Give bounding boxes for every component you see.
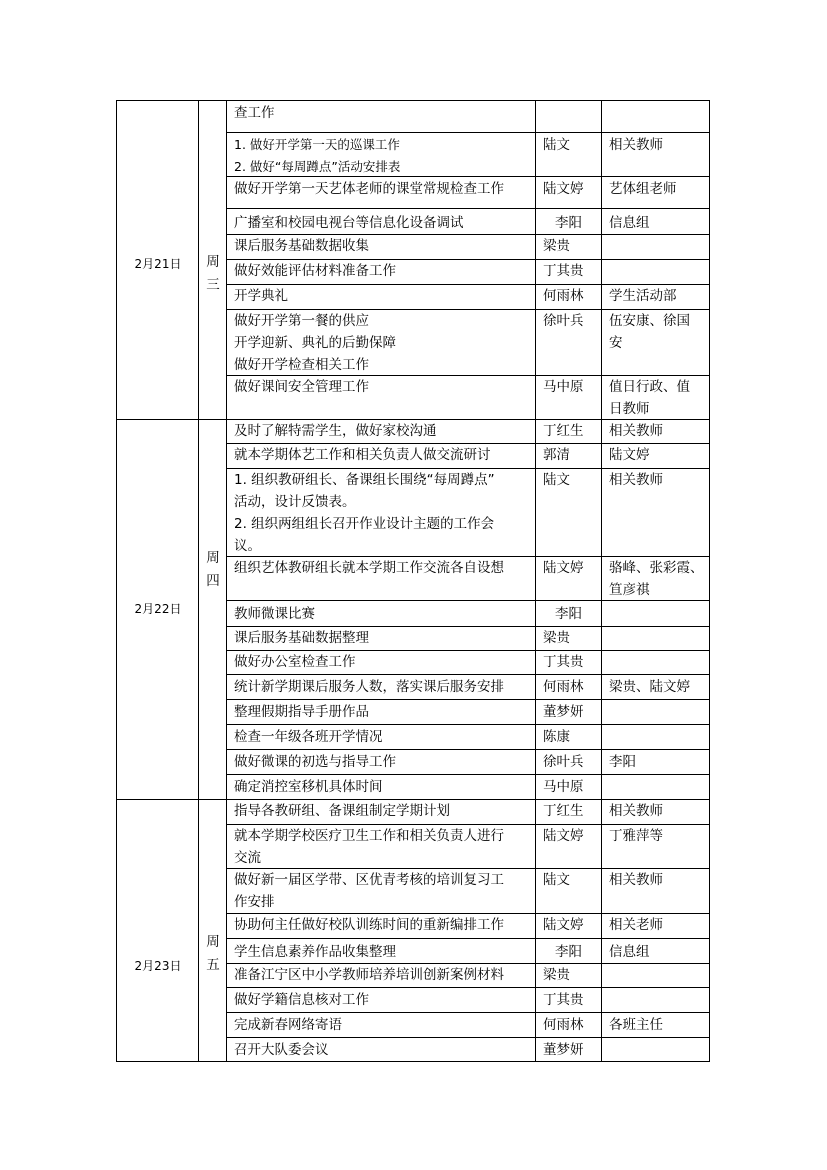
owner-cell: 马中原 — [536, 375, 601, 398]
task-cell: 组织艺体教研组长就本学期工作交流各自设想 — [227, 556, 535, 579]
participants-cell: 相关教师 — [602, 468, 710, 491]
task-cell: 就本学期体艺工作和相关负责人做交流研讨 — [227, 443, 535, 466]
task-cell: 教师微课比赛 — [227, 602, 535, 625]
owner-cell: 何雨林 — [536, 675, 601, 698]
task-cell: 1. 组织教研组长、备课组长围绕“每周蹲点” 活动，设计反馈表。 2. 组织两组… — [227, 468, 535, 557]
owner-cell: 陆文婷 — [536, 824, 601, 847]
owner-cell: 陆文婷 — [536, 177, 601, 200]
participants-cell: 艺体组老师 — [602, 177, 710, 200]
task-cell: 学生信息素养作品收集整理 — [227, 940, 535, 963]
task-cell: 做好学籍信息核对工作 — [227, 988, 535, 1011]
owner-cell: 李阳 — [536, 940, 601, 963]
participants-cell: 李阳 — [602, 750, 710, 773]
task-cell: 协助何主任做好校队训练时间的重新编排工作 — [227, 913, 535, 936]
task-cell: 召开大队委会议 — [227, 1038, 535, 1061]
owner-cell: 陆文婷 — [536, 913, 601, 936]
task-cell: 查工作 — [227, 101, 535, 124]
participants-cell: 伍安康、徐国 安 — [602, 309, 710, 354]
task-cell: 做好效能评估材料准备工作 — [227, 259, 535, 282]
participants-cell: 相关教师 — [602, 133, 710, 156]
task-cell: 做好新一届区学带、区优青考核的培训复习工 作安排 — [227, 868, 535, 913]
task-cell: 及时了解特需学生，做好家校沟通 — [227, 419, 535, 442]
owner-cell: 李阳 — [536, 602, 601, 625]
participants-cell: 相关教师 — [602, 799, 710, 822]
owner-cell: 陆文 — [536, 868, 601, 891]
owner-cell: 梁贵 — [536, 963, 601, 986]
owner-cell: 丁其贵 — [536, 259, 601, 282]
participants-cell: 信息组 — [602, 940, 710, 963]
task-cell: 做好课间安全管理工作 — [227, 375, 535, 398]
task-cell: 统计新学期课后服务人数，落实课后服务安排 — [227, 675, 535, 698]
task-cell: 1. 做好开学第一天的巡课工作 2. 做好“每周蹲点”活动安排表 — [227, 133, 535, 178]
task-cell: 检查一年级各班开学情况 — [227, 725, 535, 748]
owner-cell: 陆文婷 — [536, 556, 601, 579]
task-cell: 完成新春网络寄语 — [227, 1013, 535, 1036]
owner-cell: 董梦妍 — [536, 700, 601, 723]
participants-cell: 信息组 — [602, 211, 710, 234]
participants-cell: 各班主任 — [602, 1013, 710, 1036]
owner-cell: 徐叶兵 — [536, 750, 601, 773]
date-label: 2月21日 — [117, 255, 199, 272]
owner-cell: 陆文 — [536, 468, 601, 491]
date-label: 2月23日 — [117, 957, 199, 974]
task-cell: 指导各教研组、备课组制定学期计划 — [227, 799, 535, 822]
participants-cell: 学生活动部 — [602, 284, 710, 307]
weekday-label: 周 三 — [199, 251, 227, 297]
owner-cell: 丁红生 — [536, 419, 601, 442]
task-cell: 做好开学第一餐的供应 开学迎新、典礼的后勤保障 做好开学检查相关工作 — [227, 309, 535, 376]
owner-cell: 郭清 — [536, 443, 601, 466]
task-cell: 做好办公室检查工作 — [227, 650, 535, 673]
participants-cell: 相关老师 — [602, 913, 710, 936]
row-line — [227, 208, 710, 209]
owner-cell: 丁其贵 — [536, 988, 601, 1011]
owner-cell: 李阳 — [536, 211, 601, 234]
participants-cell: 相关教师 — [602, 868, 710, 891]
owner-cell: 董梦妍 — [536, 1038, 601, 1061]
task-cell: 广播室和校园电视台等信息化设备调试 — [227, 211, 535, 234]
document-page: 2月21日 周 三 2月22日 周 四 2月23日 周 五 查工作 1. 做好开… — [0, 0, 827, 1170]
participants-cell: 陆文婷 — [602, 443, 710, 466]
owner-cell: 何雨林 — [536, 1013, 601, 1036]
participants-cell: 相关教师 — [602, 419, 710, 442]
owner-cell: 马中原 — [536, 775, 601, 798]
owner-cell: 陆文 — [536, 133, 601, 156]
row-line — [227, 938, 710, 939]
participants-cell: 骆峰、张彩霞、 笪彦祺 — [602, 556, 710, 601]
schedule-table: 2月21日 周 三 2月22日 周 四 2月23日 周 五 查工作 1. 做好开… — [116, 100, 710, 1062]
task-cell: 做好微课的初选与指导工作 — [227, 750, 535, 773]
task-cell: 准备江宁区中小学教师培养培训创新案例材料 — [227, 963, 535, 986]
task-cell: 确定消控室移机具体时间 — [227, 775, 535, 798]
owner-cell: 何雨林 — [536, 284, 601, 307]
task-cell: 开学典礼 — [227, 284, 535, 307]
owner-cell: 梁贵 — [536, 626, 601, 649]
owner-cell: 丁红生 — [536, 799, 601, 822]
task-cell: 就本学期学校医疗卫生工作和相关负责人进行 交流 — [227, 824, 535, 869]
participants-cell: 丁雅萍等 — [602, 824, 710, 847]
weekday-label: 周 四 — [199, 547, 227, 593]
participants-cell: 梁贵、陆文婷 — [602, 675, 710, 698]
task-cell: 课后服务基础数据收集 — [227, 234, 535, 257]
owner-cell: 丁其贵 — [536, 650, 601, 673]
owner-cell: 徐叶兵 — [536, 309, 601, 332]
task-cell: 做好开学第一天艺体老师的课堂常规检查工作 — [227, 177, 535, 200]
participants-cell: 值日行政、值 日教师 — [602, 375, 710, 420]
task-cell: 课后服务基础数据整理 — [227, 626, 535, 649]
date-label: 2月22日 — [117, 600, 199, 617]
owner-cell: 陈康 — [536, 725, 601, 748]
weekday-label: 周 五 — [199, 931, 227, 977]
owner-cell: 梁贵 — [536, 234, 601, 257]
task-cell: 整理假期指导手册作品 — [227, 700, 535, 723]
